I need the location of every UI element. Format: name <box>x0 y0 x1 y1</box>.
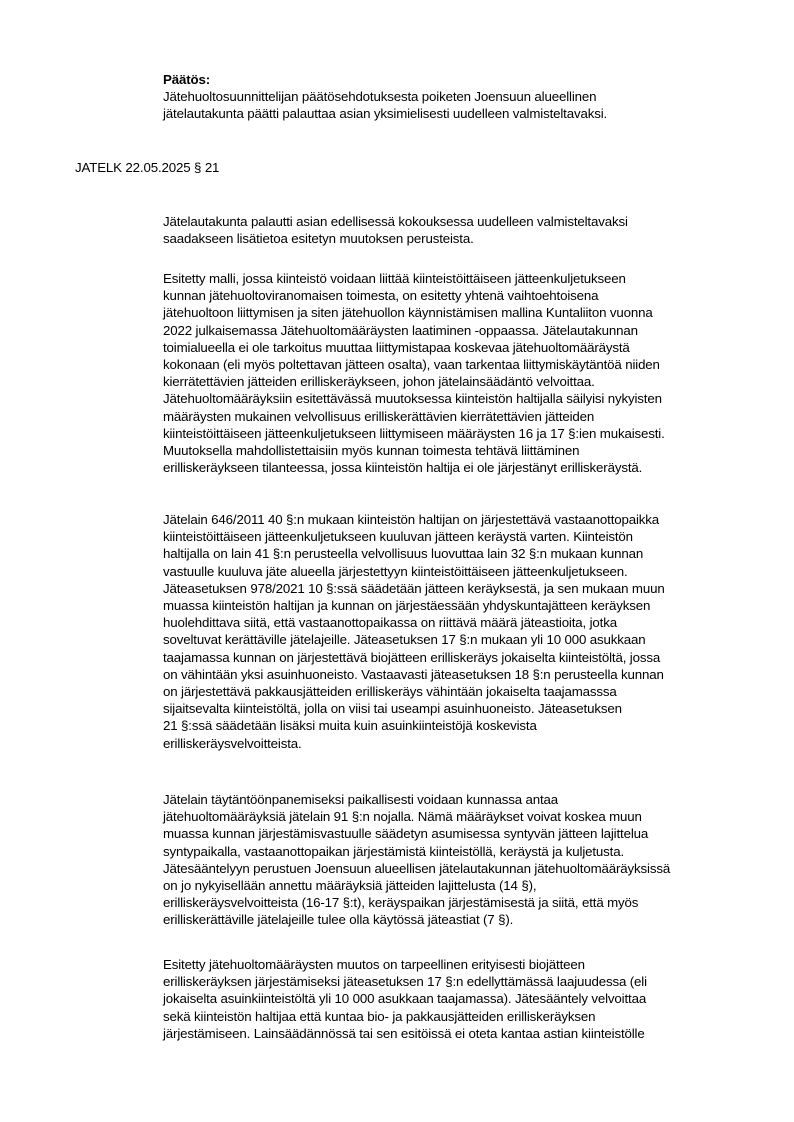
paragraph-line: kiinteistöittäiseen jätteenkuljetukseen … <box>163 528 763 545</box>
paragraph-line: Jätelain täytäntöönpanemiseksi paikallis… <box>163 791 763 808</box>
paragraph-line: jätehuoltomääräyksiä jätelain 91 §:n noj… <box>163 808 763 825</box>
paragraph-line: 21 §:ssä säädetään lisäksi muita kuin as… <box>163 717 763 734</box>
paragraph-line: on järjestettävä pakkausjätteiden erilli… <box>163 683 763 700</box>
paragraph-line: erilliskeräysvelvoitteista. <box>163 735 763 752</box>
paragraph-resubmission: Jätelautakunta palautti asian edellisess… <box>163 213 763 247</box>
paragraph-line: jokaiselta asuinkiinteistöltä yli 10 000… <box>163 990 763 1007</box>
paragraph-line: on jo nykyisellään annettu määräyksiä jä… <box>163 877 763 894</box>
decision-text-line: Jätehuoltosuunnittelijan päätösehdotukse… <box>163 88 763 105</box>
paragraph-line: erilliskeräykseen tilanteessa, jossa kii… <box>163 459 763 476</box>
paragraph-necessity-of-change: Esitetty jätehuoltomääräysten muutos on … <box>163 956 763 1042</box>
paragraph-local-regulations: Jätelain täytäntöönpanemiseksi paikallis… <box>163 791 763 929</box>
decision-text-line: jätelautakunta päätti palauttaa asian yk… <box>163 105 763 122</box>
paragraph-line: Jäteasetuksen 978/2021 10 §:ssä säädetää… <box>163 580 763 597</box>
paragraph-line: haltijalla on lain 41 §:n perusteella ve… <box>163 545 763 562</box>
paragraph-line: muassa kiinteistön haltijan ja kunnan on… <box>163 597 763 614</box>
paragraph-line: soveltuvat kerättäville jätelajeille. Jä… <box>163 631 763 648</box>
paragraph-line: kunnan jätehuoltoviranomaisen toimesta, … <box>163 287 763 304</box>
paragraph-line: syntypaikalla, vastaanottopaikan järjest… <box>163 843 763 860</box>
decision-section: Päätös: Jätehuoltosuunnittelijan päätöse… <box>163 71 763 123</box>
paragraph-line: määräysten mukainen velvollisuus erillis… <box>163 408 763 425</box>
meeting-reference: JATELK 22.05.2025 § 21 <box>75 159 219 176</box>
paragraph-line: 2022 julkaisemassa Jätehuoltomääräysten … <box>163 322 763 339</box>
paragraph-line: saadakseen lisätietoa esitetyn muutoksen… <box>163 230 763 247</box>
paragraph-line: taajamassa kunnan on järjestettävä biojä… <box>163 649 763 666</box>
paragraph-line: Jätelain 646/2011 40 §:n mukaan kiinteis… <box>163 511 763 528</box>
paragraph-line: kiinteistöittäiseen jätteenkuljetukseen … <box>163 425 763 442</box>
paragraph-line: toimialueella ei ole tarkoitus muuttaa l… <box>163 339 763 356</box>
paragraph-line: Esitetty jätehuoltomääräysten muutos on … <box>163 956 763 973</box>
paragraph-line: huolehdittava siitä, että vastaanottopai… <box>163 614 763 631</box>
paragraph-line: vastuulle kuuluva jäte alueella järjeste… <box>163 563 763 580</box>
paragraph-proposed-model: Esitetty malli, jossa kiinteistö voidaan… <box>163 270 763 476</box>
paragraph-line: Muutoksella mahdollistettaisiin myös kun… <box>163 442 763 459</box>
paragraph-line: Esitetty malli, jossa kiinteistö voidaan… <box>163 270 763 287</box>
paragraph-line: järjestämiseen. Lainsäädännössä tai sen … <box>163 1025 763 1042</box>
decision-heading: Päätös: <box>163 71 763 88</box>
paragraph-line: erilliskeräysvelvoitteista (16-17 §:t), … <box>163 894 763 911</box>
paragraph-line: muassa kunnan järjestämisvastuulle sääde… <box>163 825 763 842</box>
paragraph-line: sijaitsevalta kiinteistöltä, jolla on vi… <box>163 700 763 717</box>
paragraph-line: kierrätettävien jätteiden erilliskeräyks… <box>163 373 763 390</box>
paragraph-line: sekä kiinteistön haltijaa että kuntaa bi… <box>163 1008 763 1025</box>
paragraph-waste-act-obligations: Jätelain 646/2011 40 §:n mukaan kiinteis… <box>163 511 763 752</box>
paragraph-line: Jätesääntelyyn perustuen Joensuun alueel… <box>163 860 763 877</box>
document-page: Päätös: Jätehuoltosuunnittelijan päätöse… <box>0 0 794 1122</box>
paragraph-line: Jätehuoltomääräyksiin esitettävässä muut… <box>163 390 763 407</box>
paragraph-line: jätehuoltoon liittymisen ja siten jätehu… <box>163 304 763 321</box>
paragraph-line: on vähintään yksi asuinhuoneisto. Vastaa… <box>163 666 763 683</box>
paragraph-line: erilliskeräyksen järjestämiseksi jätease… <box>163 973 763 990</box>
paragraph-line: kokonaan (eli myös poltettavan jätteen o… <box>163 356 763 373</box>
paragraph-line: Jätelautakunta palautti asian edellisess… <box>163 213 763 230</box>
paragraph-line: erilliskerättäville jätelajeille tulee o… <box>163 911 763 928</box>
